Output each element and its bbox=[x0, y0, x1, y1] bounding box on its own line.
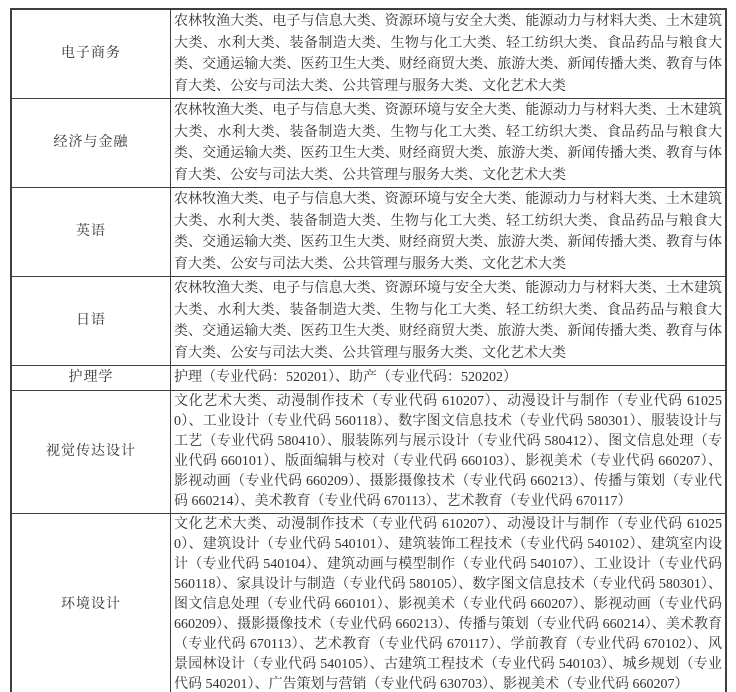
programs-list-cell: 农林牧渔大类、电子与信息大类、资源环境与安全大类、能源动力与材料大类、土木建筑大… bbox=[171, 99, 727, 188]
major-name-cell: 环境设计 bbox=[11, 513, 171, 692]
table-row: 英语 农林牧渔大类、电子与信息大类、资源环境与安全大类、能源动力与材料大类、土木… bbox=[11, 188, 726, 277]
table-row: 日语 农林牧渔大类、电子与信息大类、资源环境与安全大类、能源动力与材料大类、土木… bbox=[11, 277, 726, 366]
programs-list-cell: 文化艺术大类、动漫制作技术（专业代码 610207）、动漫设计与制作（专业代码 … bbox=[171, 513, 727, 692]
table-row: 经济与金融 农林牧渔大类、电子与信息大类、资源环境与安全大类、能源动力与材料大类… bbox=[11, 99, 726, 188]
major-name-cell: 视觉传达设计 bbox=[11, 390, 171, 513]
majors-programs-table: 电子商务 农林牧渔大类、电子与信息大类、资源环境与安全大类、能源动力与材料大类、… bbox=[10, 8, 727, 692]
table-row: 视觉传达设计 文化艺术大类、动漫制作技术（专业代码 610207）、动漫设计与制… bbox=[11, 390, 726, 513]
programs-list-cell: 农林牧渔大类、电子与信息大类、资源环境与安全大类、能源动力与材料大类、土木建筑大… bbox=[171, 9, 727, 99]
programs-list-cell: 农林牧渔大类、电子与信息大类、资源环境与安全大类、能源动力与材料大类、土木建筑大… bbox=[171, 188, 727, 277]
programs-list-cell: 护理（专业代码：520201）、助产（专业代码：520202） bbox=[171, 366, 727, 391]
table-body: 电子商务 农林牧渔大类、电子与信息大类、资源环境与安全大类、能源动力与材料大类、… bbox=[11, 9, 726, 692]
major-name-cell: 日语 bbox=[11, 277, 171, 366]
major-name-cell: 经济与金融 bbox=[11, 99, 171, 188]
table-row: 环境设计 文化艺术大类、动漫制作技术（专业代码 610207）、动漫设计与制作（… bbox=[11, 513, 726, 692]
table-row: 护理学 护理（专业代码：520201）、助产（专业代码：520202） bbox=[11, 366, 726, 391]
table-row: 电子商务 农林牧渔大类、电子与信息大类、资源环境与安全大类、能源动力与材料大类、… bbox=[11, 9, 726, 99]
major-name-cell: 英语 bbox=[11, 188, 171, 277]
major-name-cell: 电子商务 bbox=[11, 9, 171, 99]
major-name-cell: 护理学 bbox=[11, 366, 171, 391]
document-page: 电子商务 农林牧渔大类、电子与信息大类、资源环境与安全大类、能源动力与材料大类、… bbox=[0, 0, 736, 692]
programs-list-cell: 农林牧渔大类、电子与信息大类、资源环境与安全大类、能源动力与材料大类、土木建筑大… bbox=[171, 277, 727, 366]
programs-list-cell: 文化艺术大类、动漫制作技术（专业代码 610207）、动漫设计与制作（专业代码 … bbox=[171, 390, 727, 513]
